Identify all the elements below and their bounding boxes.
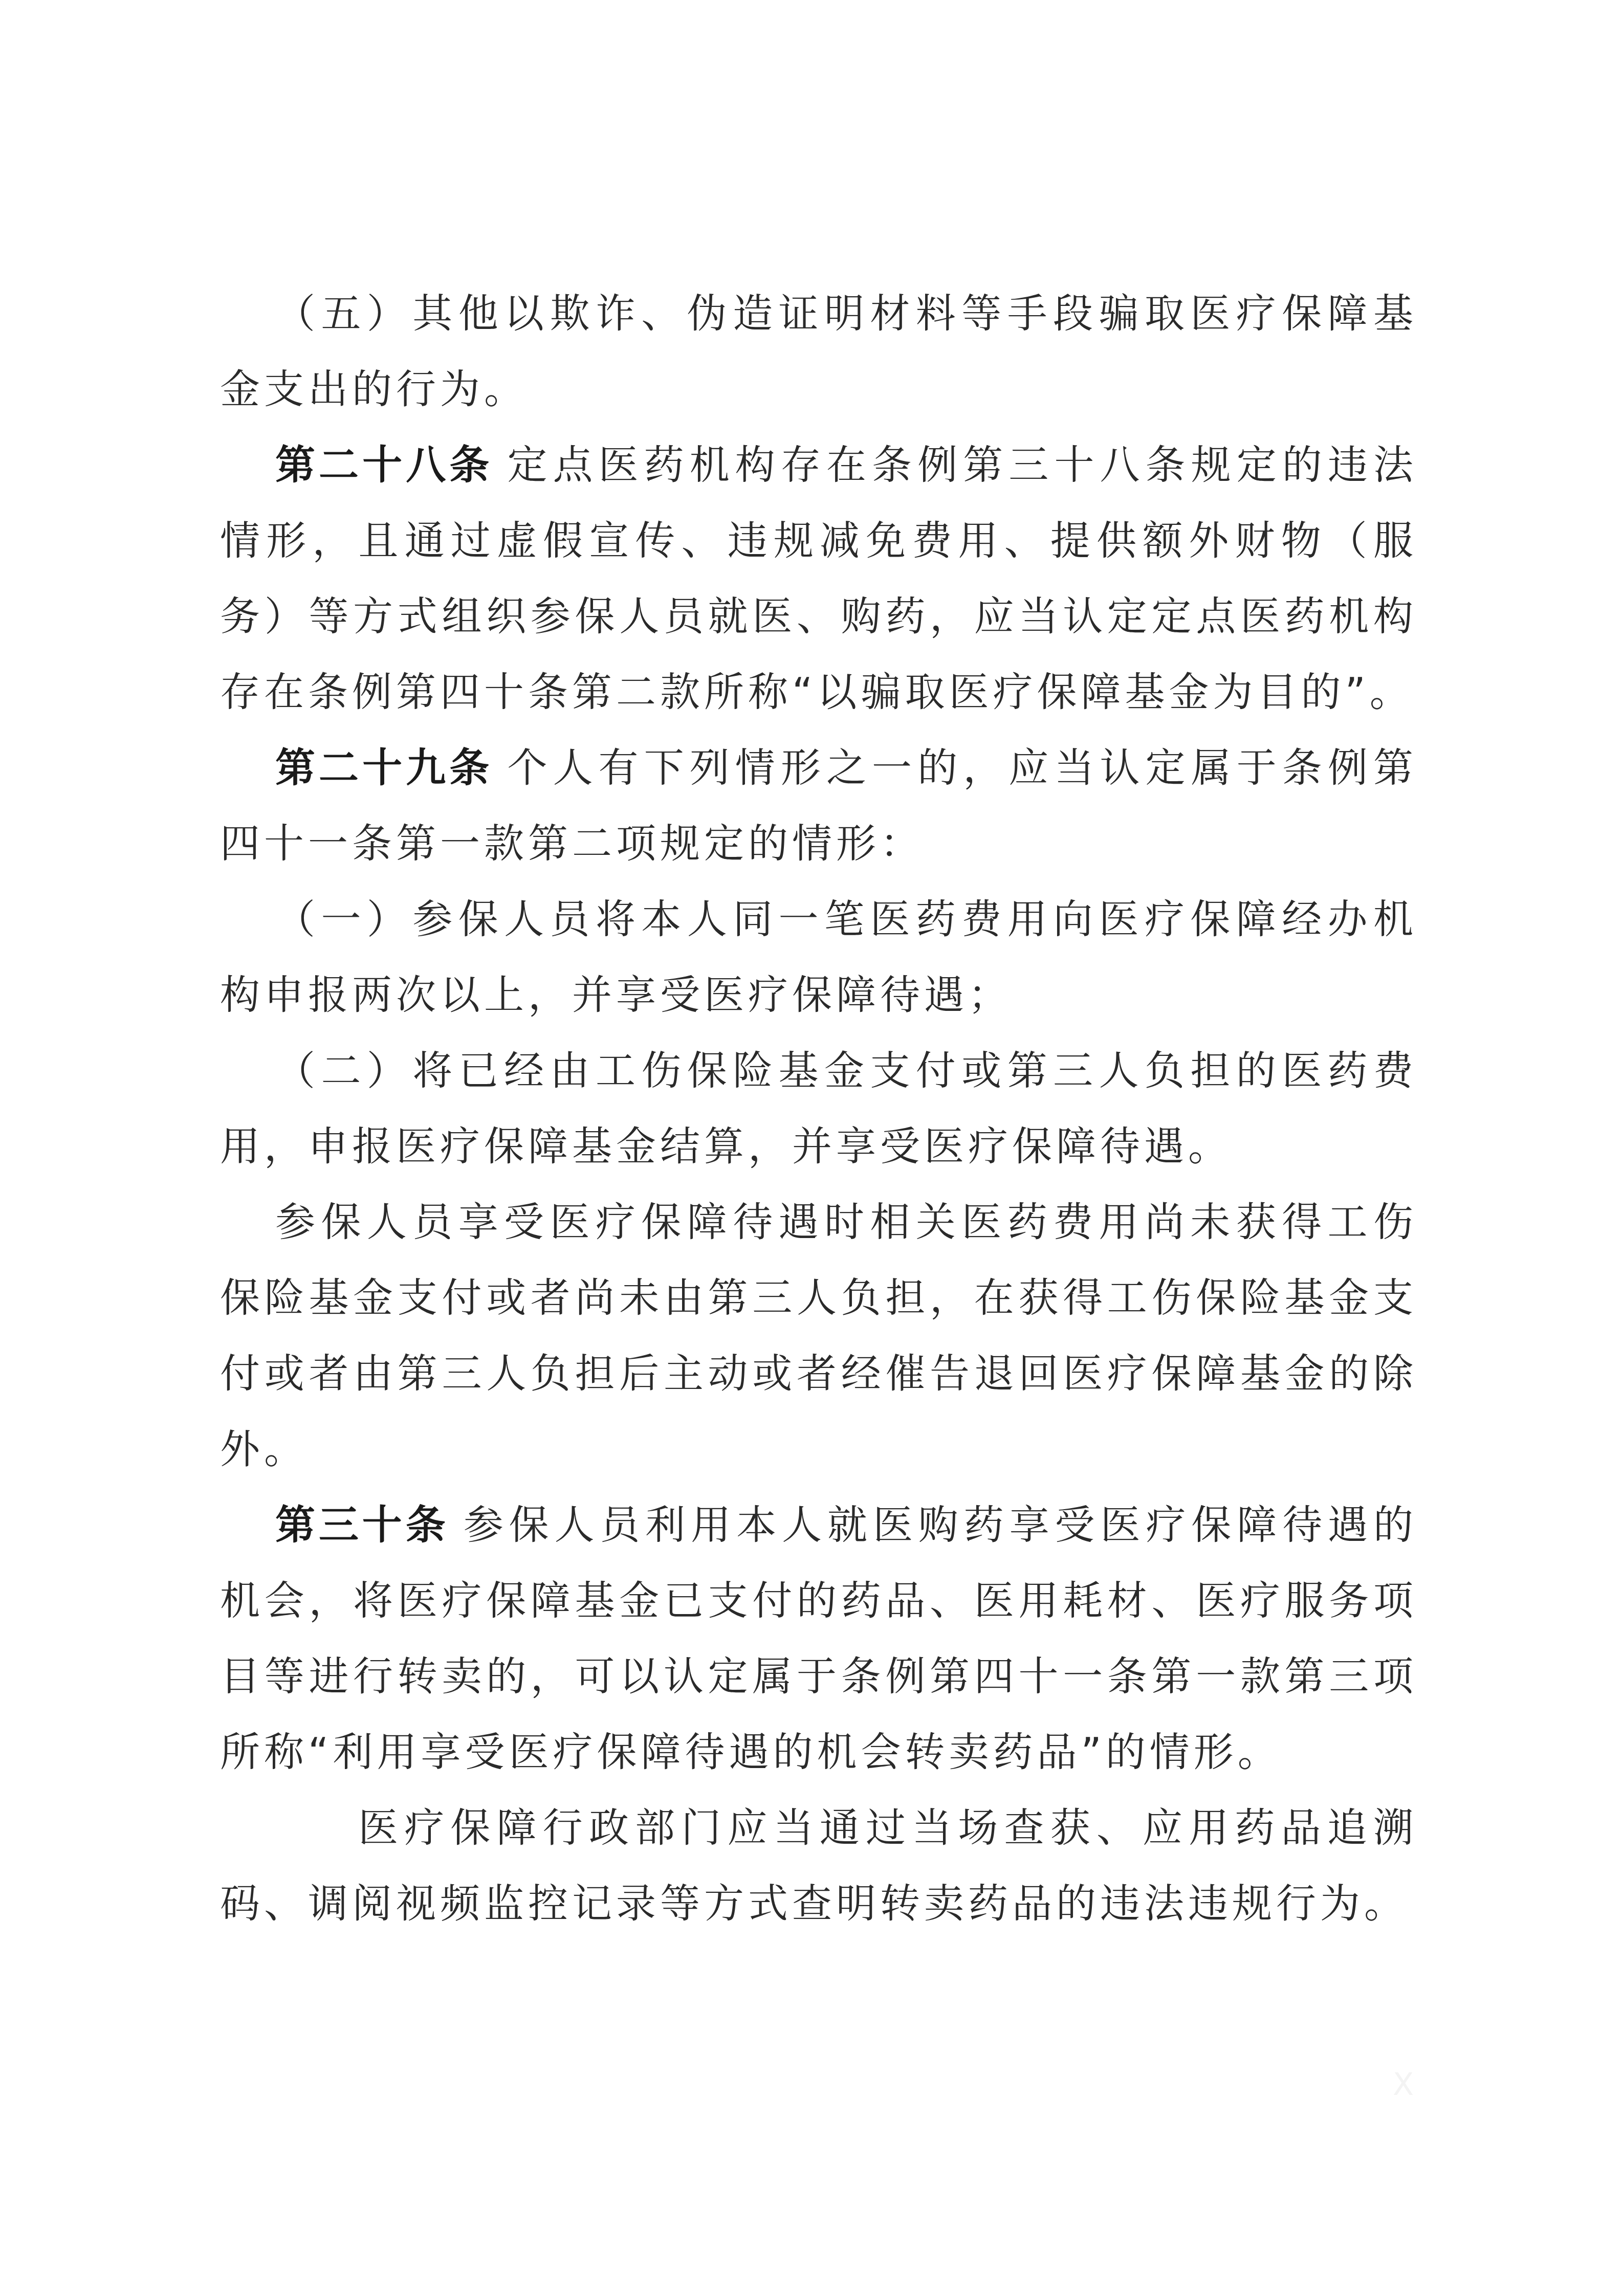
paragraph-text: （一）参保人员将本人同一笔医药费用向医疗保障经办机构申报两次以上，并享受医疗保障…: [220, 897, 1417, 1019]
document-body: （五）其他以欺诈、伪造证明材料等手段骗取医疗保障基金支出的行为。 第二十八条定点…: [220, 276, 1417, 1942]
paragraph-article-29-item-2: （二）将已经由工伤保险基金支付或第三人负担的医药费用，申报医疗保障基金结算，并享…: [220, 1033, 1417, 1185]
paragraph-text: 参保人员享受医疗保障待遇时相关医药费用尚未获得工伤保险基金支付或者尚未由第三人负…: [220, 1200, 1417, 1473]
faint-x-mark-icon: X: [1393, 2067, 1414, 2103]
paragraph-article-30: 第三十条参保人员利用本人就医购药享受医疗保障待遇的机会，将医疗保障基金已支付的药…: [220, 1488, 1417, 1791]
paragraph-article-30-evidence: 医疗保障行政部门应当通过当场查获、应用药品追溯码、调阅视频监控记录等方式查明转卖…: [220, 1791, 1417, 1942]
document-page: （五）其他以欺诈、伪造证明材料等手段骗取医疗保障基金支出的行为。 第二十八条定点…: [0, 0, 1623, 2296]
article-heading: 第二十九条: [275, 745, 493, 791]
article-heading: 第二十八条: [275, 443, 493, 489]
paragraph-text: （五）其他以欺诈、伪造证明材料等手段骗取医疗保障基金支出的行为。: [220, 291, 1417, 413]
paragraph-text: 医疗保障行政部门应当通过当场查获、应用药品追溯码、调阅视频监控记录等方式查明转卖…: [220, 1805, 1417, 1927]
paragraph-article-29-item-1: （一）参保人员将本人同一笔医药费用向医疗保障经办机构申报两次以上，并享受医疗保障…: [220, 882, 1417, 1033]
paragraph-article-28: 第二十八条定点医药机构存在条例第三十八条规定的违法情形，且通过虚假宣传、违规减免…: [220, 428, 1417, 731]
paragraph-item-5: （五）其他以欺诈、伪造证明材料等手段骗取医疗保障基金支出的行为。: [220, 276, 1417, 428]
paragraph-article-29: 第二十九条个人有下列情形之一的，应当认定属于条例第四十一条第一款第二项规定的情形…: [220, 731, 1417, 882]
article-heading: 第三十条: [275, 1503, 449, 1549]
paragraph-text: （二）将已经由工伤保险基金支付或第三人负担的医药费用，申报医疗保障基金结算，并享…: [220, 1048, 1417, 1170]
paragraph-article-29-exception: 参保人员享受医疗保障待遇时相关医药费用尚未获得工伤保险基金支付或者尚未由第三人负…: [220, 1185, 1417, 1488]
